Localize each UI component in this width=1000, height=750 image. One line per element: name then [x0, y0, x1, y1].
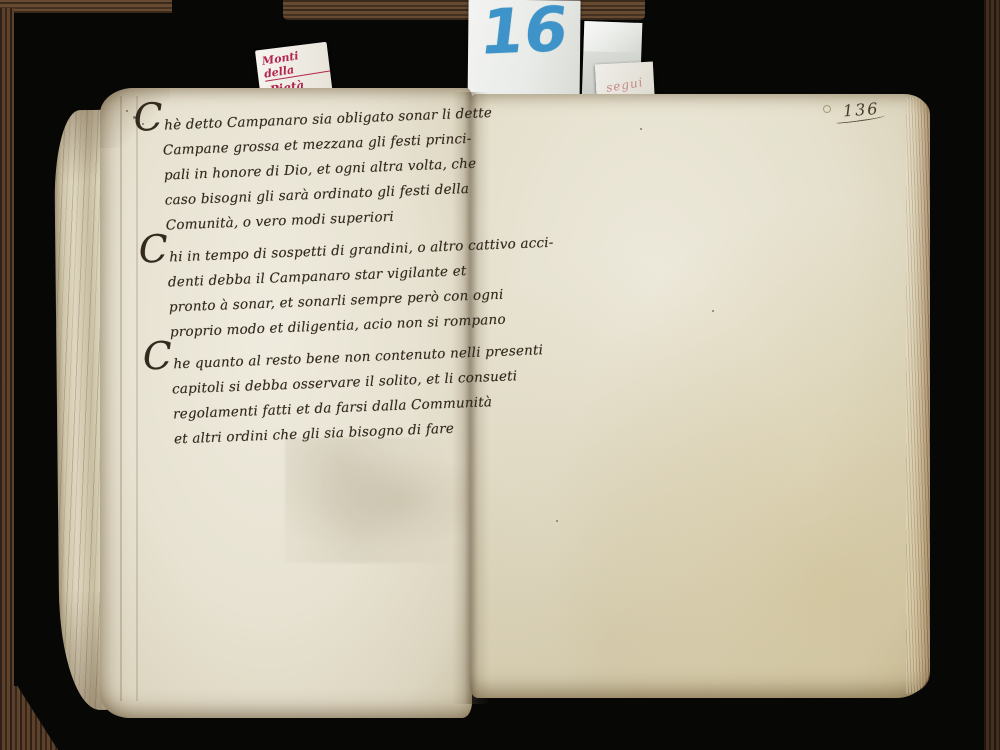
folder-number: 16 — [464, 0, 585, 69]
wood-edge-right — [984, 0, 1000, 750]
ring-mark — [823, 105, 831, 113]
side-note-text: segui — [605, 75, 644, 95]
ink-speck — [556, 520, 558, 522]
wood-edge-left — [0, 8, 14, 750]
manuscript-text: Chè detto Campanaro sia obligato sonar l… — [133, 100, 491, 459]
photo-of-open-manuscript: 16 segui Monti della Pietà Chè detto Cam… — [0, 0, 1000, 750]
ink-speck — [712, 310, 714, 312]
manuscript-paragraph: Che quanto al resto bene non contenuto n… — [143, 338, 492, 453]
wood-edge-top-left — [0, 0, 172, 13]
ink-speck — [142, 123, 144, 125]
wood-edge-bottom-left — [0, 686, 58, 750]
ink-speck — [133, 116, 136, 119]
ink-speck — [126, 110, 128, 112]
manuscript-paragraph: Chi in tempo di sospetti di grandini, o … — [139, 231, 488, 346]
wood-beam-top — [283, 0, 645, 20]
folio-number: 136 — [842, 99, 885, 123]
manuscript-paragraph: Chè detto Campanaro sia obligato sonar l… — [133, 100, 483, 240]
right-page — [470, 94, 930, 698]
ink-showthrough-smudge — [285, 438, 470, 563]
ink-speck — [640, 128, 642, 130]
